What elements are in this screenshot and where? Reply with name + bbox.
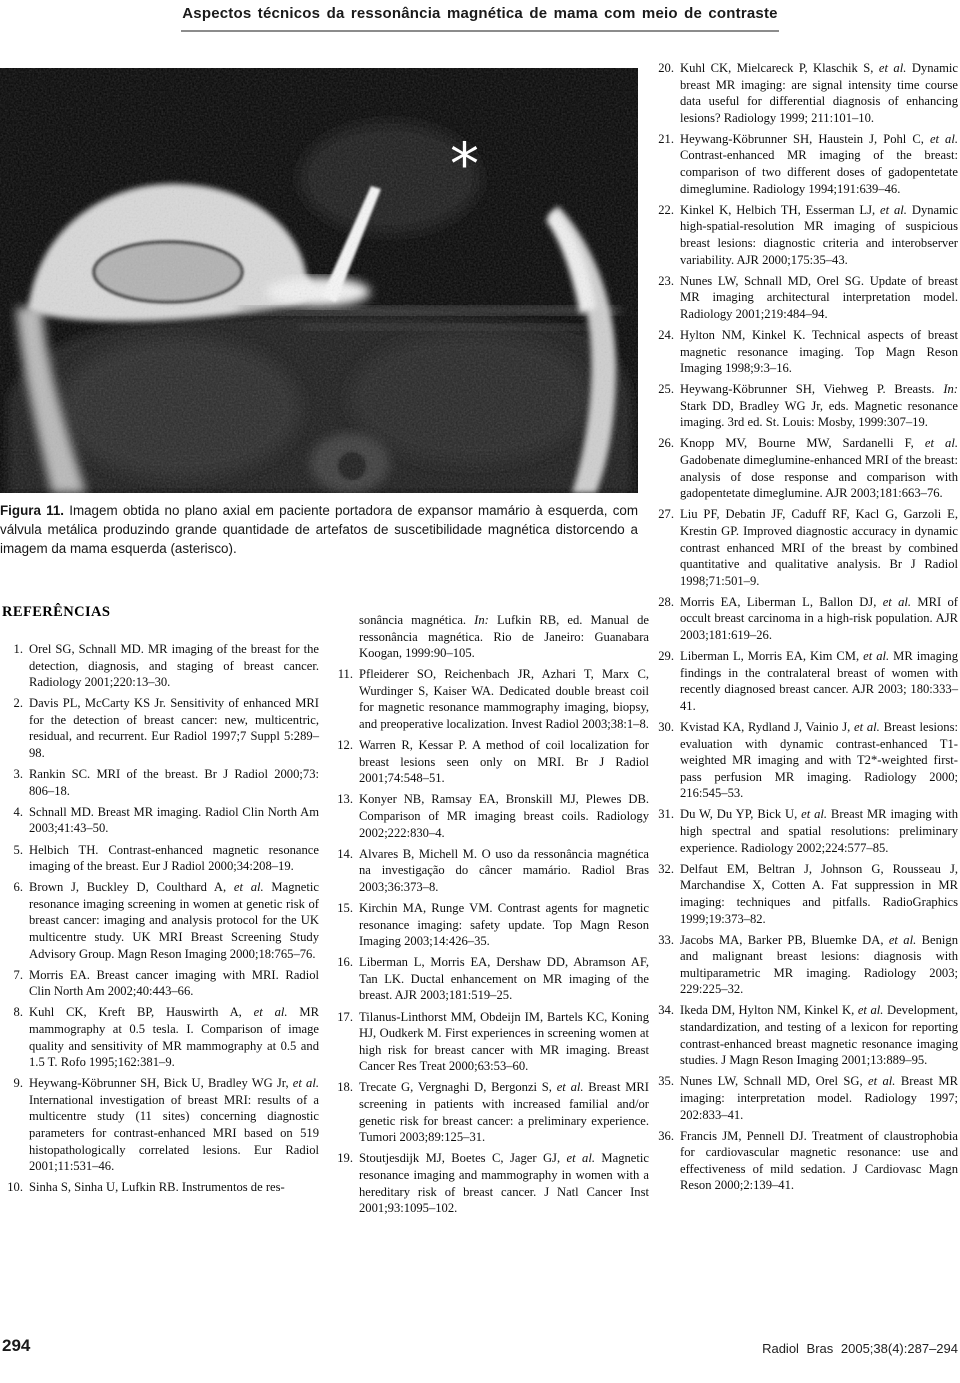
reference-text: Brown J, Buckley D, Coulthard A, et al. …	[29, 879, 319, 962]
journal-citation-line: Radiol Bras 2005;38(4):287–294	[762, 1341, 958, 1356]
reference-number: 6.	[2, 879, 23, 962]
reference-number: 10.	[2, 1179, 23, 1196]
reference-number: 29.	[653, 648, 674, 714]
reference-text: Jacobs MA, Barker PB, Bluemke DA, et al.…	[680, 932, 958, 998]
reference-text: Rankin SC. MRI of the breast. Br J Radio…	[29, 766, 319, 799]
reference-text: Davis PL, McCarty KS Jr. Sensitivity of …	[29, 695, 319, 761]
reference-number: 26.	[653, 435, 674, 501]
reference-item: 16. Liberman L, Morris EA, Dershaw DD, A…	[332, 954, 649, 1004]
reference-item: 25. Heywang-Köbrunner SH, Viehweg P. Bre…	[653, 381, 958, 431]
reference-text: Pfleiderer SO, Reichenbach JR, Azhari T,…	[359, 666, 649, 732]
reference-item: 28. Morris EA, Liberman L, Ballon DJ, et…	[653, 594, 958, 644]
reference-text: Orel SG, Schnall MD. MR imaging of the b…	[29, 641, 319, 691]
reference-text: Morris EA. Breast cancer imaging with MR…	[29, 967, 319, 1000]
reference-item: 4. Schnall MD. Breast MR imaging. Radiol…	[2, 804, 319, 837]
reference-text: Heywang-Köbrunner SH, Haustein J, Pohl C…	[680, 131, 958, 197]
reference-number: 32.	[653, 861, 674, 927]
reference-item: 34. Ikeda DM, Hylton NM, Kinkel K, et al…	[653, 1002, 958, 1068]
reference-item: 3. Rankin SC. MRI of the breast. Br J Ra…	[2, 766, 319, 799]
references-column-3: 20. Kuhl CK, Mielcareck P, Klaschik S, e…	[653, 60, 958, 1199]
reference-number: 28.	[653, 594, 674, 644]
reference-text: Hylton NM, Kinkel K. Technical aspects o…	[680, 327, 958, 377]
reference-item: 36. Francis JM, Pennell DJ. Treatment of…	[653, 1128, 958, 1194]
reference-item: 14. Alvares B, Michell M. O uso da resso…	[332, 846, 649, 896]
reference-number: 33.	[653, 932, 674, 998]
reference-text: Liu PF, Debatin JF, Caduff RF, Kacl G, G…	[680, 506, 958, 589]
reference-text: Ikeda DM, Hylton NM, Kinkel K, et al. De…	[680, 1002, 958, 1068]
reference-text: Trecate G, Vergnaghi D, Bergonzi S, et a…	[359, 1079, 649, 1145]
page-number: 294	[2, 1336, 30, 1356]
reference-text: Sinha S, Sinha U, Lufkin RB. Instrumento…	[29, 1179, 319, 1196]
reference-number: 35.	[653, 1073, 674, 1123]
reference-text: Warren R, Kessar P. A method of coil loc…	[359, 737, 649, 787]
reference-text: Nunes LW, Schnall MD, Orel SG, et al. Br…	[680, 1073, 958, 1123]
reference-item: 2. Davis PL, McCarty KS Jr. Sensitivity …	[2, 695, 319, 761]
reference-text: Morris EA, Liberman L, Ballon DJ, et al.…	[680, 594, 958, 644]
reference-text: Kuhl CK, Kreft BP, Hauswirth A, et al. M…	[29, 1004, 319, 1070]
asterisk-marker: *	[450, 130, 479, 198]
reference-number: 27.	[653, 506, 674, 589]
reference-item: 30. Kvistad KA, Rydland J, Vainio J, et …	[653, 719, 958, 802]
reference-number: 31.	[653, 806, 674, 856]
reference-number: 7.	[2, 967, 23, 1000]
reference-number: 15.	[332, 900, 353, 950]
reference-number: 22.	[653, 202, 674, 268]
references-column-2-list: 11. Pfleiderer SO, Reichenbach JR, Azhar…	[332, 666, 649, 1216]
reference-item: 12. Warren R, Kessar P. A method of coil…	[332, 737, 649, 787]
reference-item: 32. Delfaut EM, Beltran J, Johnson G, Ro…	[653, 861, 958, 927]
reference-number: 34.	[653, 1002, 674, 1068]
reference-number: 9.	[2, 1075, 23, 1175]
reference-text: Heywang-Köbrunner SH, Bick U, Bradley WG…	[29, 1075, 319, 1175]
reference-number: 36.	[653, 1128, 674, 1194]
reference-text: Francis JM, Pennell DJ. Treatment of cla…	[680, 1128, 958, 1194]
reference-number: 4.	[2, 804, 23, 837]
reference-number: 20.	[653, 60, 674, 126]
reference-number: 8.	[2, 1004, 23, 1070]
reference-text: Stoutjesdijk MJ, Boetes C, Jager GJ, et …	[359, 1150, 649, 1216]
reference-item: 31. Du W, Du YP, Bick U, et al. Breast M…	[653, 806, 958, 856]
reference-item: 7. Morris EA. Breast cancer imaging with…	[2, 967, 319, 1000]
reference-item: 20. Kuhl CK, Mielcareck P, Klaschik S, e…	[653, 60, 958, 126]
reference-number: 11.	[332, 666, 353, 732]
reference-item: 1. Orel SG, Schnall MD. MR imaging of th…	[2, 641, 319, 691]
reference-item: 5. Helbich TH. Contrast-enhanced magneti…	[2, 842, 319, 875]
reference-number: 16.	[332, 954, 353, 1004]
figure-caption-label: Figura 11.	[0, 503, 64, 518]
references-heading: REFERÊNCIAS	[2, 604, 110, 621]
reference-item: 27. Liu PF, Debatin JF, Caduff RF, Kacl …	[653, 506, 958, 589]
reference-text: Alvares B, Michell M. O uso da ressonânc…	[359, 846, 649, 896]
paper-page: Aspectos técnicos da ressonância magnéti…	[0, 0, 960, 1383]
reference-item: 11. Pfleiderer SO, Reichenbach JR, Azhar…	[332, 666, 649, 732]
reference-item: 8. Kuhl CK, Kreft BP, Hauswirth A, et al…	[2, 1004, 319, 1070]
reference-item: 10. Sinha S, Sinha U, Lufkin RB. Instrum…	[2, 1179, 319, 1196]
reference-carryover-text: sonância magnética. In: Lufkin RB, ed. M…	[359, 612, 649, 662]
reference-item: 33. Jacobs MA, Barker PB, Bluemke DA, et…	[653, 932, 958, 998]
reference-text: Helbich TH. Contrast-enhanced magnetic r…	[29, 842, 319, 875]
reference-number: 30.	[653, 719, 674, 802]
reference-number: 19.	[332, 1150, 353, 1216]
mri-axial-scan: *	[0, 68, 638, 493]
reference-number: 5.	[2, 842, 23, 875]
reference-text: Delfaut EM, Beltran J, Johnson G, Rousse…	[680, 861, 958, 927]
reference-text: Heywang-Köbrunner SH, Viehweg P. Breasts…	[680, 381, 958, 431]
reference-text: Schnall MD. Breast MR imaging. Radiol Cl…	[29, 804, 319, 837]
reference-text: Kvistad KA, Rydland J, Vainio J, et al. …	[680, 719, 958, 802]
reference-text: Kuhl CK, Mielcareck P, Klaschik S, et al…	[680, 60, 958, 126]
reference-number: 23.	[653, 273, 674, 323]
reference-text: Nunes LW, Schnall MD, Orel SG. Update of…	[680, 273, 958, 323]
reference-number: 2.	[2, 695, 23, 761]
reference-text: Kirchin MA, Runge VM. Contrast agents fo…	[359, 900, 649, 950]
reference-number: 25.	[653, 381, 674, 431]
figure-caption: Figura 11. Imagem obtida no plano axial …	[0, 501, 638, 558]
reference-item: 21. Heywang-Köbrunner SH, Haustein J, Po…	[653, 131, 958, 197]
reference-number: 3.	[2, 766, 23, 799]
reference-item: 13. Konyer NB, Ramsay EA, Bronskill MJ, …	[332, 791, 649, 841]
mri-figure-image: *	[0, 68, 638, 493]
reference-item: 9. Heywang-Köbrunner SH, Bick U, Bradley…	[2, 1075, 319, 1175]
reference-number: 14.	[332, 846, 353, 896]
reference-item: 22. Kinkel K, Helbich TH, Esserman LJ, e…	[653, 202, 958, 268]
reference-item: 23. Nunes LW, Schnall MD, Orel SG. Updat…	[653, 273, 958, 323]
reference-item: 15. Kirchin MA, Runge VM. Contrast agent…	[332, 900, 649, 950]
reference-number: 1.	[2, 641, 23, 691]
reference-item: 24. Hylton NM, Kinkel K. Technical aspec…	[653, 327, 958, 377]
reference-text: Knopp MV, Bourne MW, Sardanelli F, et al…	[680, 435, 958, 501]
reference-text: Du W, Du YP, Bick U, et al. Breast MR im…	[680, 806, 958, 856]
reference-item: 18. Trecate G, Vergnaghi D, Bergonzi S, …	[332, 1079, 649, 1145]
reference-text: Kinkel K, Helbich TH, Esserman LJ, et al…	[680, 202, 958, 268]
reference-number: 24.	[653, 327, 674, 377]
reference-item: 17. Tilanus-Linthorst MM, Obdeijn IM, Ba…	[332, 1009, 649, 1075]
page-title: Aspectos técnicos da ressonância magnéti…	[181, 5, 778, 32]
references-column-1: 1. Orel SG, Schnall MD. MR imaging of th…	[2, 641, 319, 1200]
reference-number: 13.	[332, 791, 353, 841]
reference-number: 18.	[332, 1079, 353, 1145]
reference-item: 35. Nunes LW, Schnall MD, Orel SG, et al…	[653, 1073, 958, 1123]
reference-item: 26. Knopp MV, Bourne MW, Sardanelli F, e…	[653, 435, 958, 501]
running-head: Aspectos técnicos da ressonância magnéti…	[0, 5, 960, 32]
reference-text: Konyer NB, Ramsay EA, Bronskill MJ, Plew…	[359, 791, 649, 841]
reference-text: Tilanus-Linthorst MM, Obdeijn IM, Bartel…	[359, 1009, 649, 1075]
references-column-2: sonância magnética. In: Lufkin RB, ed. M…	[332, 612, 649, 1221]
reference-text: Liberman L, Morris EA, Dershaw DD, Abram…	[359, 954, 649, 1004]
reference-item: 19. Stoutjesdijk MJ, Boetes C, Jager GJ,…	[332, 1150, 649, 1216]
mri-noise-overlay	[0, 68, 638, 493]
reference-item: 29. Liberman L, Morris EA, Kim CM, et al…	[653, 648, 958, 714]
reference-number: 17.	[332, 1009, 353, 1075]
reference-number: 12.	[332, 737, 353, 787]
reference-item: 6. Brown J, Buckley D, Coulthard A, et a…	[2, 879, 319, 962]
reference-text: Liberman L, Morris EA, Kim CM, et al. MR…	[680, 648, 958, 714]
figure-caption-text: Imagem obtida no plano axial em paciente…	[0, 503, 638, 556]
reference-number: 21.	[653, 131, 674, 197]
